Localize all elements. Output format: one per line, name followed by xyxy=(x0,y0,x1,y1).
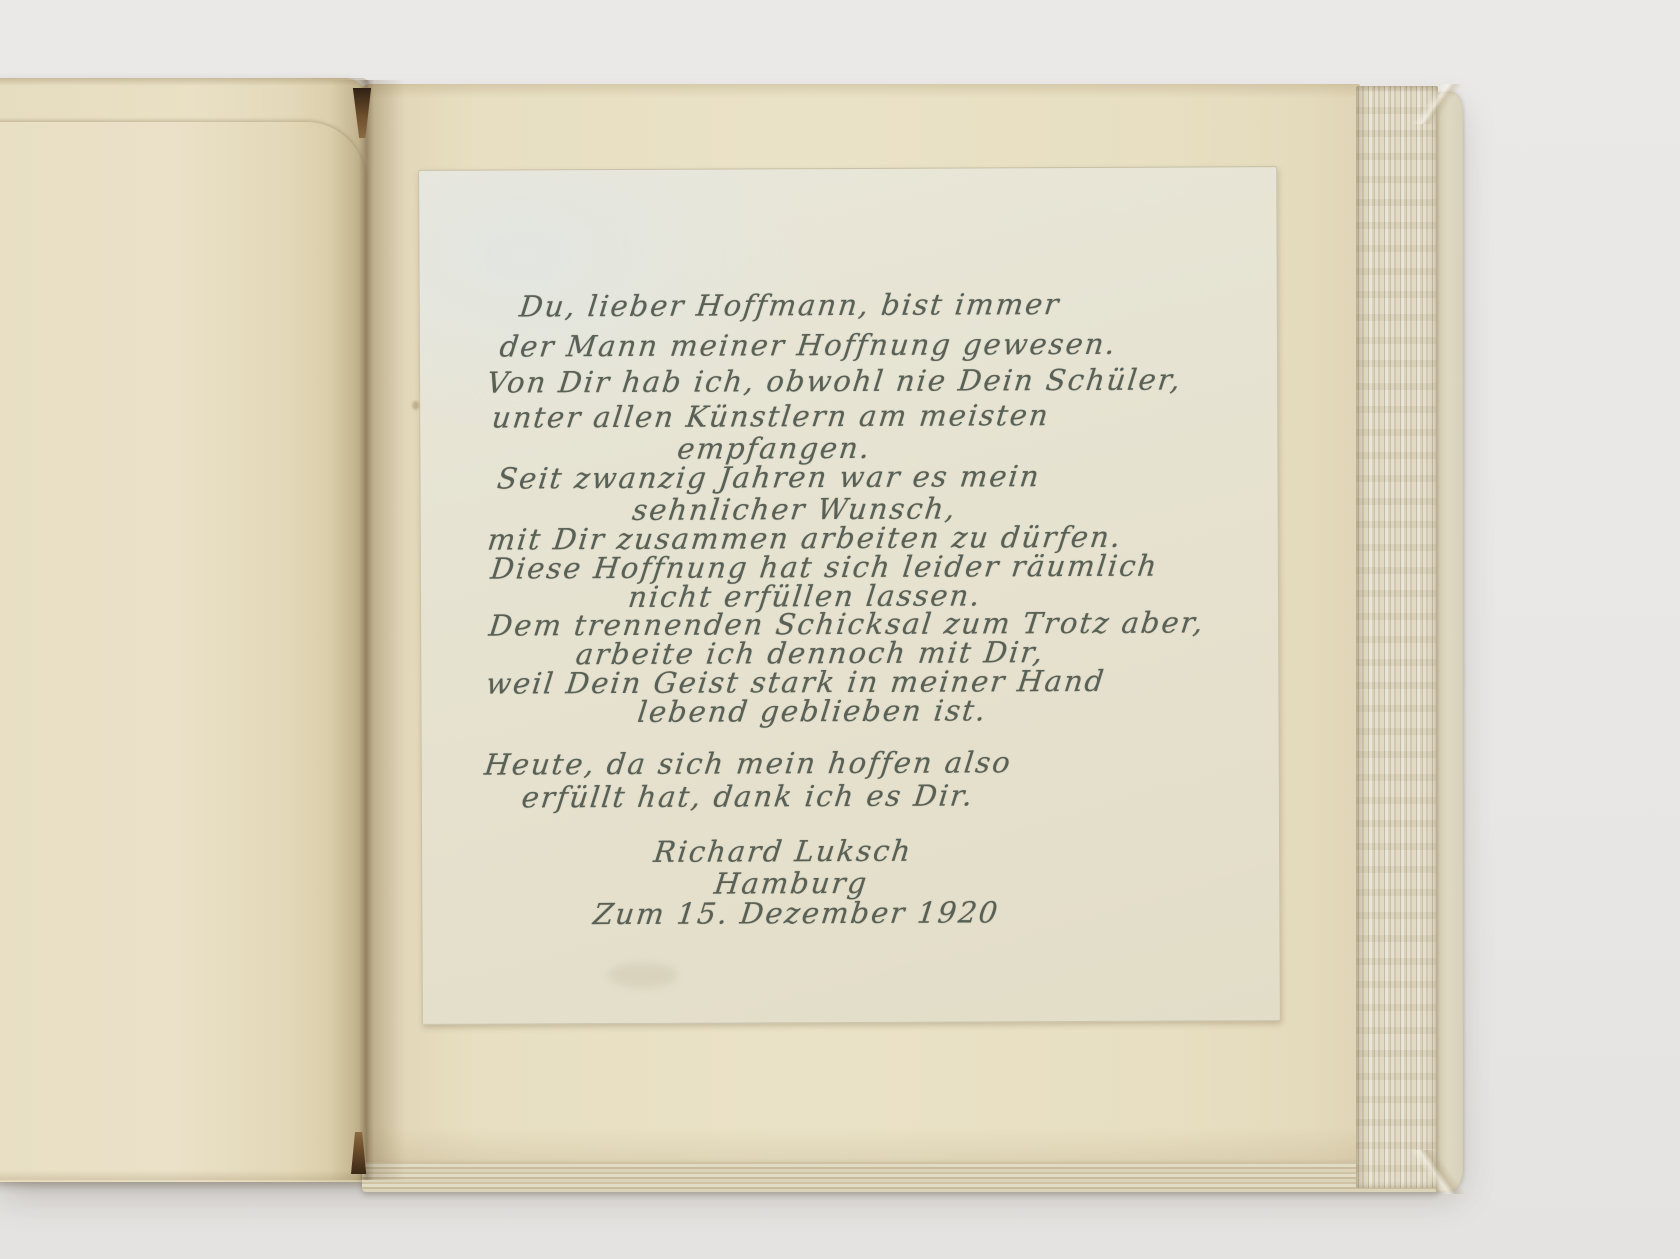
letter-line-14: lebend geblieben ist. xyxy=(439,692,1185,731)
photo-backdrop: Du, lieber Hoffmann, bist immer der Mann… xyxy=(0,0,1680,1259)
pasted-letter-sheet: Du, lieber Hoffmann, bist immer der Mann… xyxy=(418,166,1281,1025)
letter-line-1: Du, lieber Hoffmann, bist immer xyxy=(518,286,1063,324)
letter-line-3: Von Dir hab ich, obwohl nie Dein Schüler… xyxy=(485,362,1184,401)
letter-signature-date: Zum 15. Dezember 1920 xyxy=(423,894,1169,933)
flyleaf-deckled-bottom-edge xyxy=(0,1170,366,1180)
cover-corner-bevel-bottom xyxy=(1402,1150,1466,1194)
letter-line-16: erfüllt hat, dank ich es Dir. xyxy=(520,777,977,815)
handwritten-dedication: Du, lieber Hoffmann, bist immer der Mann… xyxy=(447,168,1193,1024)
fore-edge-page-stack xyxy=(1356,86,1438,1188)
left-page-top-edge xyxy=(0,78,370,86)
bottom-page-edges xyxy=(362,1162,1440,1192)
cover-corner-bevel-top xyxy=(1404,84,1466,124)
letter-line-2: der Mann meiner Hoffnung gewesen. xyxy=(498,326,1119,365)
left-flyleaf-sheet xyxy=(0,122,366,1180)
vellum-cover-edge xyxy=(1436,92,1463,1192)
paper-stain xyxy=(412,401,419,410)
